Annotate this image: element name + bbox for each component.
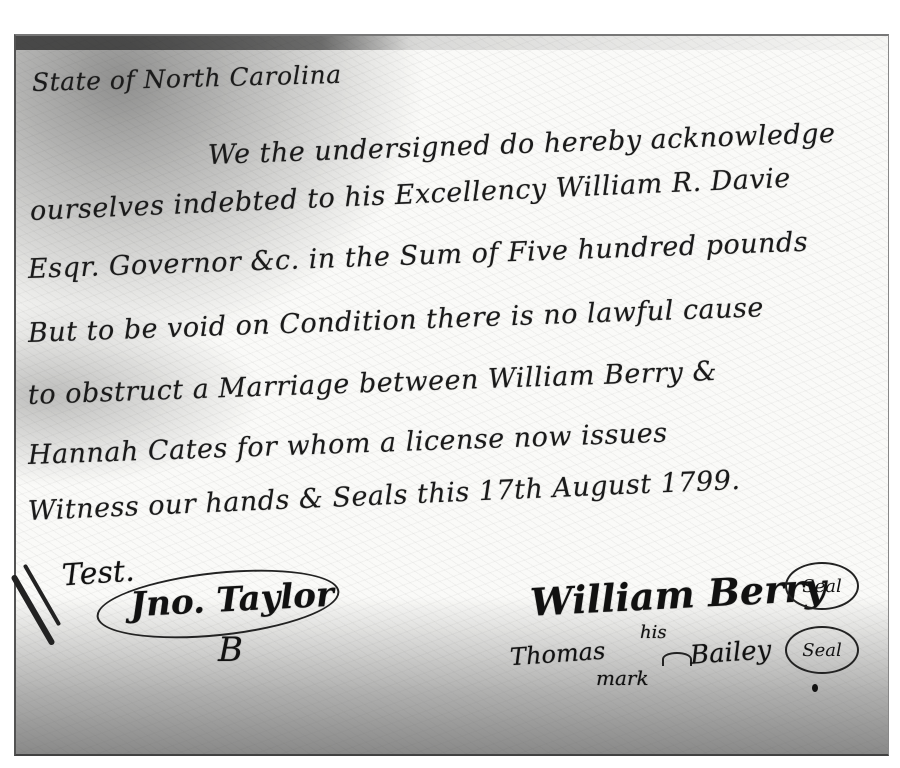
test-label: Test.	[61, 554, 136, 594]
witness-initial: B	[218, 630, 243, 670]
seal-label: Seal	[802, 640, 841, 661]
surety-his: his	[640, 622, 667, 643]
seal-label: Seal	[802, 576, 841, 597]
seal-icon: Seal	[785, 562, 859, 610]
document-page: State of North Carolina We the undersign…	[0, 0, 900, 768]
surety-mark: mark	[596, 666, 649, 690]
surety-last-name: Bailey	[689, 635, 772, 671]
mark-icon	[662, 652, 692, 666]
ink-speck	[812, 684, 818, 692]
seal-icon: Seal	[785, 626, 859, 674]
